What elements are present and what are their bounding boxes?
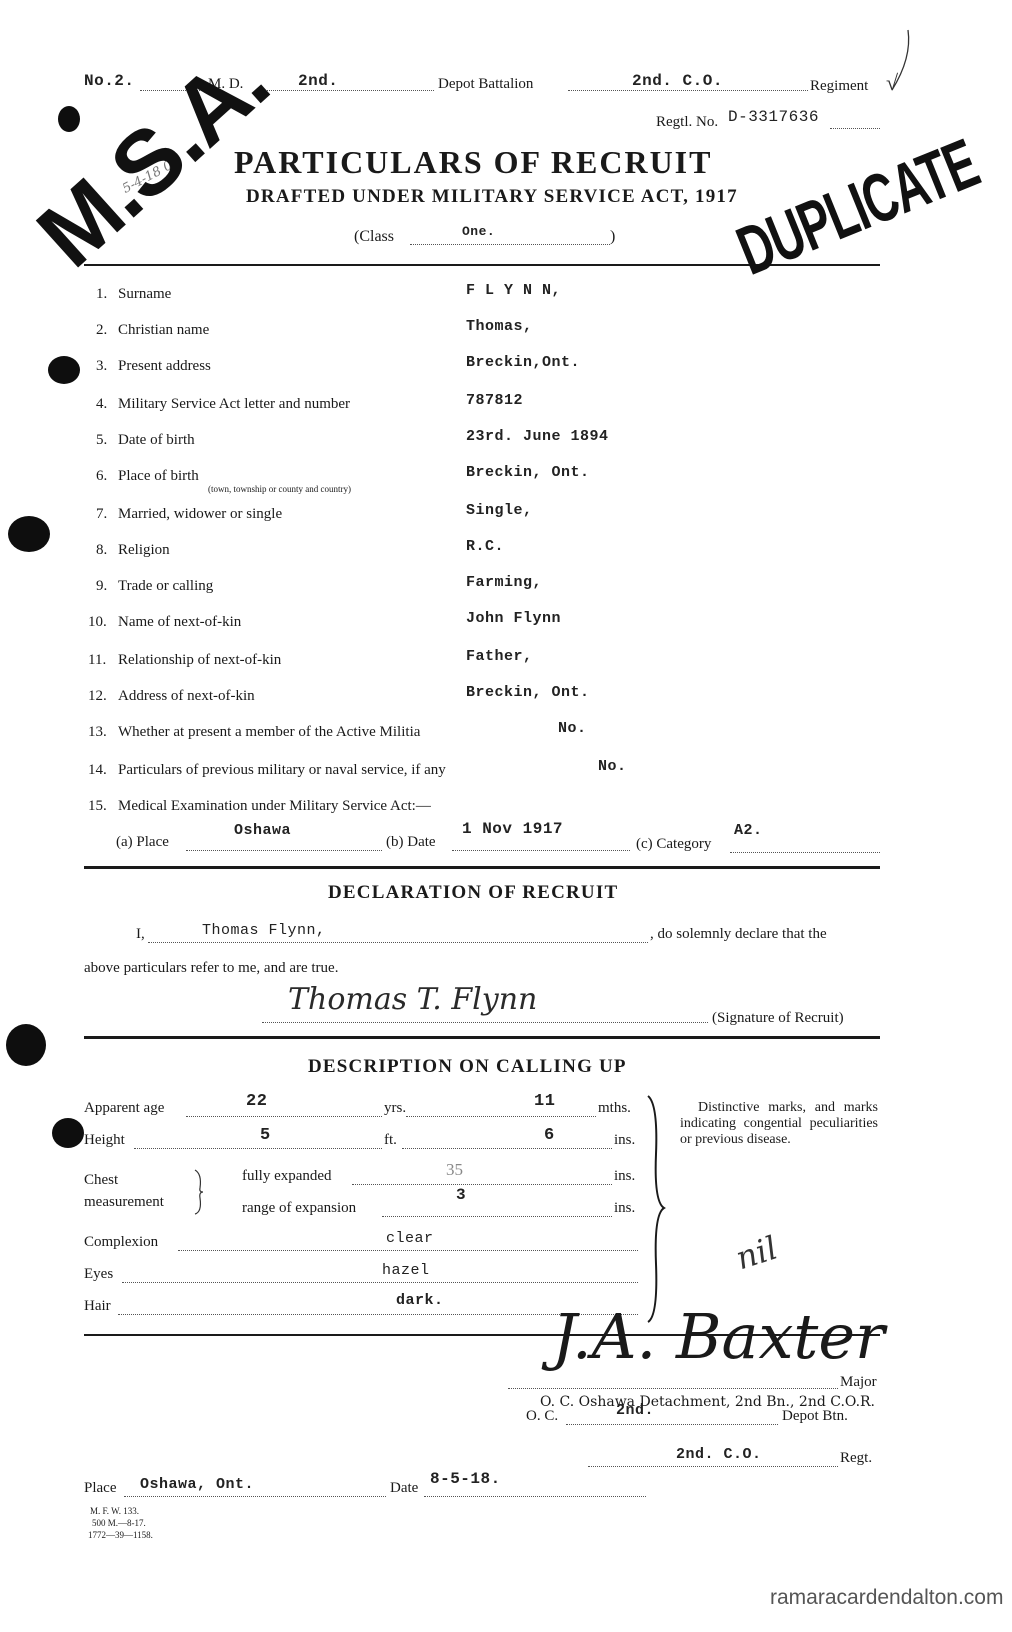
dotted-leader xyxy=(186,850,382,851)
apparent-age-label: Apparent age xyxy=(84,1100,164,1117)
item-sublabel: (town, township or county and country) xyxy=(208,484,351,494)
height-ft-value: 5 xyxy=(260,1126,271,1145)
dotted-leader xyxy=(258,90,434,91)
declaration-prefix: I, xyxy=(136,926,145,943)
large-brace-icon xyxy=(644,1094,668,1324)
eyes-value: hazel xyxy=(382,1262,430,1279)
oc-value: 2nd. xyxy=(616,1402,654,1419)
officer-signature: J.A. Baxter xyxy=(552,1300,885,1373)
form-subtitle: DRAFTED UNDER MILITARY SERVICE ACT, 1917 xyxy=(246,186,738,208)
dotted-leader xyxy=(410,244,610,245)
item-value: Single, xyxy=(464,502,535,519)
form-code-1: M. F. W. 133. xyxy=(90,1506,139,1516)
description-heading: DESCRIPTION ON CALLING UP xyxy=(308,1056,627,1078)
dotted-leader xyxy=(134,1148,382,1149)
fully-expanded-label: fully expanded xyxy=(242,1168,332,1185)
ins-label: ins. xyxy=(614,1200,635,1217)
range-label: range of expansion xyxy=(242,1200,356,1217)
depot-battalion-value: 2nd. xyxy=(298,72,338,90)
declaration-suffix: , do solemnly declare that the xyxy=(650,926,827,943)
item-label: Surname xyxy=(118,286,171,303)
regtl-no-label: Regtl. No. xyxy=(656,114,718,131)
item-label: Date of birth xyxy=(118,432,195,449)
regiment-value: 2nd. C.O. xyxy=(632,72,723,90)
item-value: Breckin, Ont. xyxy=(464,684,592,701)
form-code-3: 1772—39—1158. xyxy=(88,1530,153,1540)
medical-date-label: (b) Date xyxy=(386,834,436,851)
declaration-heading: DECLARATION OF RECRUIT xyxy=(328,882,618,904)
footer-date-label: Date xyxy=(390,1480,418,1497)
dotted-leader xyxy=(566,1424,778,1425)
item-number: 5. xyxy=(96,432,107,449)
dotted-leader xyxy=(730,852,880,853)
ins-label: ins. xyxy=(614,1132,635,1149)
section-divider xyxy=(84,1036,880,1039)
item-label: Christian name xyxy=(118,322,209,339)
punch-hole xyxy=(8,516,50,552)
dotted-leader xyxy=(190,704,880,705)
dotted-leader xyxy=(190,302,880,303)
class-label: (Class xyxy=(354,228,394,246)
dotted-leader xyxy=(178,1250,638,1251)
dotted-leader xyxy=(352,1184,612,1185)
dotted-leader xyxy=(190,558,880,559)
item-number: 4. xyxy=(96,396,107,413)
item-value: Breckin, Ont. xyxy=(464,464,592,481)
item-number: 6. xyxy=(96,468,107,485)
item-value: R.C. xyxy=(464,538,506,555)
medical-place-value: Oshawa xyxy=(234,822,291,839)
hair-value: dark. xyxy=(396,1292,444,1309)
dotted-leader xyxy=(452,850,630,851)
item-value: 23rd. June 1894 xyxy=(464,428,611,445)
item-number: 9. xyxy=(96,578,107,595)
mths-label: mths. xyxy=(598,1100,631,1117)
section-divider xyxy=(84,866,880,869)
punch-hole xyxy=(58,106,80,132)
website-watermark: ramaracardendalton.com xyxy=(770,1586,1003,1610)
class-value: One. xyxy=(462,224,495,239)
punch-hole xyxy=(6,1024,46,1066)
medical-category-value: A2. xyxy=(734,822,763,839)
item-label: Place of birth xyxy=(118,468,199,485)
item-number: 15. xyxy=(88,798,107,815)
form-title: PARTICULARS OF RECRUIT xyxy=(234,144,712,181)
distinctive-marks-note: Distinctive marks, and marks indicating … xyxy=(680,1100,878,1148)
item-value: No. xyxy=(556,720,589,737)
item-number: 11. xyxy=(88,652,106,669)
footer-date-value: 8-5-18. xyxy=(430,1470,501,1488)
eyes-label: Eyes xyxy=(84,1266,113,1283)
item-value: Breckin,Ont. xyxy=(464,354,582,371)
dotted-leader xyxy=(186,1116,382,1117)
regt-value: 2nd. C.O. xyxy=(676,1446,762,1463)
dotted-leader xyxy=(588,1466,838,1467)
yrs-label: yrs. xyxy=(384,1100,406,1117)
medical-date-value: 1 Nov 1917 xyxy=(462,820,563,838)
hair-label: Hair xyxy=(84,1298,111,1315)
dotted-leader xyxy=(382,1216,612,1217)
officer-rank: Major xyxy=(840,1374,877,1391)
regt-label: Regt. xyxy=(840,1450,872,1467)
regtl-no-value: D-3317636 xyxy=(728,108,819,126)
item-label: Religion xyxy=(118,542,170,559)
item-label: Military Service Act letter and number xyxy=(118,396,350,413)
item-label: Medical Examination under Military Servi… xyxy=(118,798,431,815)
brace-icon xyxy=(192,1168,206,1216)
item-number: 2. xyxy=(96,322,107,339)
ins-label: ins. xyxy=(614,1168,635,1185)
declaration-line-2: above particulars refer to me, and are t… xyxy=(84,960,338,977)
item-number: 12. xyxy=(88,688,107,705)
fully-expanded-value: 35 xyxy=(446,1160,463,1180)
dotted-leader xyxy=(190,668,880,669)
item-label: Name of next-of-kin xyxy=(118,614,241,631)
dotted-leader xyxy=(568,90,808,91)
item-value: 787812 xyxy=(464,392,525,409)
regiment-label: Regiment xyxy=(810,78,868,95)
dotted-leader xyxy=(190,338,880,339)
item-number: 8. xyxy=(96,542,107,559)
dotted-leader xyxy=(190,630,880,631)
item-label: Present address xyxy=(118,358,211,375)
check-mark-stroke-icon xyxy=(890,28,920,98)
depot-btn-label: Depot Btn. xyxy=(782,1408,848,1425)
item-value: No. xyxy=(596,758,629,775)
item-value: John Flynn xyxy=(464,610,563,627)
item-number: 1. xyxy=(96,286,107,303)
depot-battalion-label: Depot Battalion xyxy=(438,76,533,93)
age-years-value: 22 xyxy=(246,1092,267,1111)
punch-hole xyxy=(52,1118,84,1148)
height-in-value: 6 xyxy=(544,1126,555,1145)
md-number: No.2. xyxy=(84,72,135,90)
item-number: 3. xyxy=(96,358,107,375)
item-number: 7. xyxy=(96,506,107,523)
height-label: Height xyxy=(84,1132,125,1149)
item-label: Particulars of previous military or nava… xyxy=(118,762,446,779)
dotted-leader xyxy=(190,374,880,375)
item-number: 13. xyxy=(88,724,107,741)
item-label: Relationship of next-of-kin xyxy=(118,652,281,669)
dotted-leader xyxy=(190,448,880,449)
ft-label: ft. xyxy=(384,1132,397,1149)
complexion-value: clear xyxy=(386,1230,434,1247)
punch-hole xyxy=(48,356,80,384)
officer-signature-line xyxy=(508,1388,838,1389)
item-value: F L Y N N, xyxy=(464,282,563,299)
dotted-leader xyxy=(190,594,880,595)
class-close: ) xyxy=(610,228,615,246)
declaration-name: Thomas Flynn, xyxy=(202,922,326,939)
signature-line xyxy=(262,1022,708,1023)
recruit-signature: Thomas T. Flynn xyxy=(288,982,537,1017)
distinctive-marks-value: nil xyxy=(731,1229,782,1278)
item-value: Thomas, xyxy=(464,318,535,335)
dotted-leader xyxy=(122,1282,638,1283)
chest-label-2: measurement xyxy=(84,1194,164,1211)
item-label: Married, widower or single xyxy=(118,506,282,523)
item-label: Trade or calling xyxy=(118,578,213,595)
dotted-leader xyxy=(424,1496,646,1497)
footer-place-label: Place xyxy=(84,1480,116,1497)
item-number: 10. xyxy=(88,614,107,631)
item-number: 14. xyxy=(88,762,107,779)
dotted-leader xyxy=(190,522,880,523)
form-code-2: 500 M.—8-17. xyxy=(92,1518,146,1528)
item-value: Father, xyxy=(464,648,535,665)
range-value: 3 xyxy=(456,1186,466,1204)
footer-place-value: Oshawa, Ont. xyxy=(140,1476,254,1493)
signature-label: (Signature of Recruit) xyxy=(712,1010,844,1027)
age-months-value: 11 xyxy=(534,1092,555,1111)
dotted-leader xyxy=(124,1496,386,1497)
dotted-leader xyxy=(148,942,648,943)
medical-place-label: (a) Place xyxy=(116,834,169,851)
medical-category-label: (c) Category xyxy=(636,836,711,853)
oc-label: O. C. xyxy=(526,1408,558,1425)
complexion-label: Complexion xyxy=(84,1234,158,1251)
item-label: Whether at present a member of the Activ… xyxy=(118,724,420,741)
chest-label-1: Chest xyxy=(84,1172,118,1189)
dotted-leader xyxy=(406,1116,596,1117)
dotted-leader xyxy=(402,1148,612,1149)
item-label: Address of next-of-kin xyxy=(118,688,255,705)
dotted-leader xyxy=(830,128,880,129)
item-value: Farming, xyxy=(464,574,544,591)
